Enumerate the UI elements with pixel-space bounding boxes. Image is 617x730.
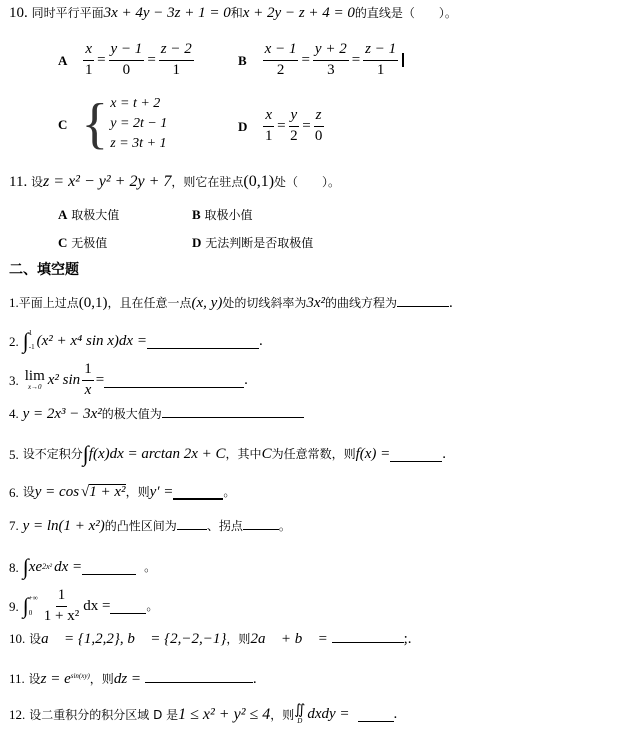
q11-option-a[interactable]: A 取极大值 xyxy=(58,208,119,221)
double-integral-sign: ∬ xyxy=(294,704,305,718)
answer-blank[interactable] xyxy=(397,306,449,307)
fill-question-4: 4. y = 2x³ − 3x²的极大值为 xyxy=(9,407,304,422)
fill-question-7: 7. y = ln(1 + x²)的凸性区间为、拐点。 xyxy=(9,519,291,534)
answer-blank[interactable] xyxy=(145,682,253,683)
fill-question-5: 5. 设不定积分 ∫ f(x)dx = arctan 2x + C ，其中 C … xyxy=(9,443,446,465)
left-brace: { xyxy=(81,96,108,152)
fill-question-3: 3. lim x→0 x² sin 1x =. xyxy=(9,362,248,399)
q11-option-b[interactable]: B 取极小值 xyxy=(192,208,253,221)
fill-question-1: 1.平面上过点(0,1)，且在任意一点(x, y)处的切线斜率为3x²的曲线方程… xyxy=(9,296,453,311)
fill-question-2: 2. ∫ 1-1 (x² + x⁴ sin x)dx = . xyxy=(9,330,263,352)
text-cursor xyxy=(402,53,404,67)
plane-1-equation: 3x + 4y − 3z + 1 = 0 xyxy=(104,5,231,21)
answer-blank[interactable] xyxy=(358,707,394,722)
fill-question-9: 9. ∫ +∞0 11 + x² dx =。 xyxy=(9,588,158,625)
sqrt-sign: √ xyxy=(81,485,89,500)
answer-blank[interactable] xyxy=(332,642,404,643)
answer-blank[interactable] xyxy=(110,599,146,614)
question-11-stem: 11. 设z = x² − y² + 2y + 7，则它在驻点(0,1)处（ ）… xyxy=(9,174,340,190)
fill-question-12: 12. 设二重积分的积分区域 D 是 1 ≤ x² + y² ≤ 4 ，则 ∬ … xyxy=(9,704,397,725)
q11-option-c[interactable]: C 无极值 xyxy=(58,236,107,249)
option-d[interactable]: D x1 = y2 = z0 xyxy=(238,108,326,145)
question-number: 10. xyxy=(9,5,28,21)
function-expression: z = x² − y² + 2y + 7 xyxy=(43,173,171,190)
answer-blank-inflection[interactable] xyxy=(243,529,279,530)
option-c[interactable]: C { x = t + 2 y = 2t − 1 z = 3t + 1 xyxy=(58,96,167,152)
answer-blank[interactable] xyxy=(162,417,304,418)
answer-blank[interactable] xyxy=(147,334,259,349)
section-title-fill-in: 二、填空题 xyxy=(9,263,79,277)
answer-blank[interactable] xyxy=(82,560,136,575)
answer-blank[interactable] xyxy=(173,484,223,500)
fill-question-10: 10. 设a⃗ = {1,2,2}, b⃗ = {2,−2,−1}，则2a⃗ +… xyxy=(9,632,412,647)
fill-question-11: 11. 设z = esin(xy)，则dz = . xyxy=(9,672,257,687)
plane-2-equation: x + 2y − z + 4 = 0 xyxy=(243,5,355,21)
option-a[interactable]: A x1 = y − 10 = z − 21 xyxy=(58,42,196,79)
option-b[interactable]: B x − 12 = y + 23 = z − 11 xyxy=(238,42,404,79)
fill-question-8: 8. ∫ xe2x² dx = 。 xyxy=(9,556,156,578)
question-10-stem: 10. 同时平行平面3x + 4y − 3z + 1 = 0和x + 2y − … xyxy=(9,6,457,21)
answer-blank-concavity[interactable] xyxy=(177,529,207,530)
answer-blank[interactable] xyxy=(104,373,244,388)
answer-blank[interactable] xyxy=(390,447,442,462)
q11-option-d[interactable]: D 无法判断是否取极值 xyxy=(192,236,313,249)
fill-question-6: 6. 设 y = cos √1 + x² ，则 y′ = 。 xyxy=(9,484,235,500)
